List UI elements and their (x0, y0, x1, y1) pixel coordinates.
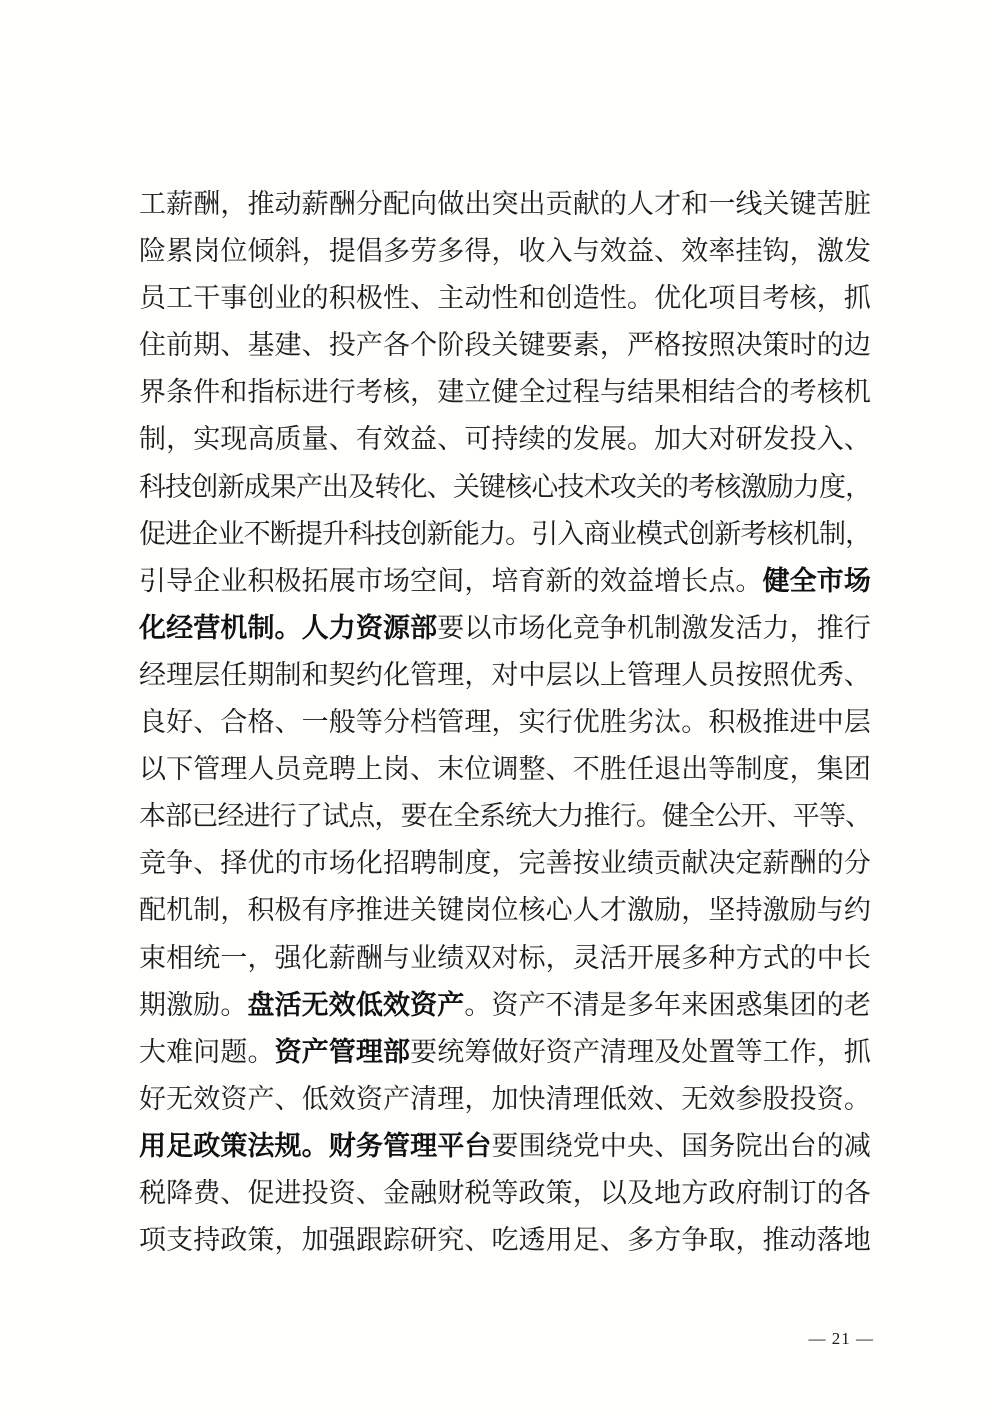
text-line: 税降费、促进投资、金融财税等政策，以及地方政府制订的各 (139, 1170, 871, 1217)
text-line: 束相统一，强化薪酬与业绩双对标，灵活开展多种方式的中长 (139, 935, 871, 982)
text-line: 竞争、择优的市场化招聘制度，完善按业绩贡献决定薪酬的分 (139, 840, 871, 887)
text-line: 良好、合格、一般等分档管理，实行优胜劣汰。积极推进中层 (139, 699, 871, 746)
body-text: 束相统一，强化薪酬与业绩双对标，灵活开展多种方式的中长 (139, 943, 871, 973)
text-line: 制，实现高质量、有效益、可持续的发展。加大对研发投入、 (139, 416, 871, 463)
body-text: 要以市场化竞争机制激发活力，推行 (437, 613, 871, 643)
body-text: 良好、合格、一般等分档管理，实行优胜劣汰。积极推进中层 (139, 707, 871, 737)
body-text: 经理层任期制和契约化管理，对中层以上管理人员按照优秀、 (139, 660, 871, 690)
emphasis-text: 化经营机制。人力资源部 (139, 613, 437, 643)
text-line: 引导企业积极拓展市场空间，培育新的效益增长点。健全市场 (139, 558, 871, 605)
body-text: 税降费、促进投资、金融财税等政策，以及地方政府制订的各 (139, 1178, 871, 1208)
body-text: 大难问题。 (139, 1037, 275, 1067)
text-line: 用足政策法规。财务管理平台要围绕党中央、国务院出台的减 (139, 1123, 871, 1170)
emphasis-text: 盘活无效低效资产 (247, 990, 464, 1020)
emphasis-text: 资产管理部 (275, 1037, 411, 1067)
body-text: 好无效资产、低效资产清理，加快清理低效、无效参股投资。 (139, 1084, 871, 1114)
text-line: 住前期、基建、投产各个阶段关键要素，严格按照决策时的边 (139, 322, 871, 369)
body-text: 期激励。 (139, 990, 247, 1020)
body-text: 科技创新成果产出及转化、关键核心技术攻关的考核激励力度， (139, 472, 871, 502)
text-line: 界条件和指标进行考核，建立健全过程与结果相结合的考核机 (139, 369, 871, 416)
document-body: 工薪酬，推动薪酬分配向做出突出贡献的人才和一线关键苦脏险累岗位倾斜，提倡多劳多得… (139, 181, 871, 1264)
body-text: 员工干事创业的积极性、主动性和创造性。优化项目考核，抓 (139, 283, 871, 313)
body-text: 配机制，积极有序推进关键岗位核心人才激励，坚持激励与约 (139, 895, 871, 925)
body-text: 要围绕党中央、国务院出台的减 (491, 1131, 871, 1161)
text-line: 好无效资产、低效资产清理，加快清理低效、无效参股投资。 (139, 1076, 871, 1123)
emphasis-text: 用足政策法规。财务管理平台 (139, 1131, 491, 1161)
text-line: 大难问题。资产管理部要统筹做好资产清理及处置等工作，抓 (139, 1029, 871, 1076)
text-line: 配机制，积极有序推进关键岗位核心人才激励，坚持激励与约 (139, 887, 871, 934)
text-line: 期激励。盘活无效低效资产。资产不清是多年来困惑集团的老 (139, 982, 871, 1029)
body-text: 。资产不清是多年来困惑集团的老 (464, 990, 871, 1020)
text-line: 经理层任期制和契约化管理，对中层以上管理人员按照优秀、 (139, 652, 871, 699)
text-line: 项支持政策，加强跟踪研究、吃透用足、多方争取，推动落地 (139, 1217, 871, 1264)
text-line: 工薪酬，推动薪酬分配向做出突出贡献的人才和一线关键苦脏 (139, 181, 871, 228)
body-text: 险累岗位倾斜，提倡多劳多得，收入与效益、效率挂钩，激发 (139, 236, 871, 266)
body-text: 项支持政策，加强跟踪研究、吃透用足、多方争取，推动落地 (139, 1225, 871, 1255)
page-number: — 21 — (809, 1328, 875, 1350)
body-text: 住前期、基建、投产各个阶段关键要素，严格按照决策时的边 (139, 330, 871, 360)
body-text: 促进企业不断提升科技创新能力。引入商业模式创新考核机制， (139, 519, 871, 549)
emphasis-text: 健全市场 (763, 566, 871, 596)
document-page: 工薪酬，推动薪酬分配向做出突出贡献的人才和一线关键苦脏险累岗位倾斜，提倡多劳多得… (0, 0, 1000, 1414)
body-text: 竞争、择优的市场化招聘制度，完善按业绩贡献决定薪酬的分 (139, 848, 871, 878)
text-line: 以下管理人员竞聘上岗、末位调整、不胜任退出等制度，集团 (139, 746, 871, 793)
body-text: 制，实现高质量、有效益、可持续的发展。加大对研发投入、 (139, 424, 871, 454)
body-text: 要统筹做好资产清理及处置等工作，抓 (410, 1037, 871, 1067)
text-line: 本部已经进行了试点，要在全系统大力推行。健全公开、平等、 (139, 793, 871, 840)
body-text: 本部已经进行了试点，要在全系统大力推行。健全公开、平等、 (139, 801, 871, 831)
body-text: 界条件和指标进行考核，建立健全过程与结果相结合的考核机 (139, 377, 871, 407)
text-line: 险累岗位倾斜，提倡多劳多得，收入与效益、效率挂钩，激发 (139, 228, 871, 275)
text-line: 科技创新成果产出及转化、关键核心技术攻关的考核激励力度， (139, 464, 871, 511)
text-line: 促进企业不断提升科技创新能力。引入商业模式创新考核机制， (139, 511, 871, 558)
body-text: 引导企业积极拓展市场空间，培育新的效益增长点。 (139, 566, 763, 596)
text-line: 员工干事创业的积极性、主动性和创造性。优化项目考核，抓 (139, 275, 871, 322)
text-line: 化经营机制。人力资源部要以市场化竞争机制激发活力，推行 (139, 605, 871, 652)
body-text: 以下管理人员竞聘上岗、末位调整、不胜任退出等制度，集团 (139, 754, 871, 784)
body-text: 工薪酬，推动薪酬分配向做出突出贡献的人才和一线关键苦脏 (139, 189, 871, 219)
